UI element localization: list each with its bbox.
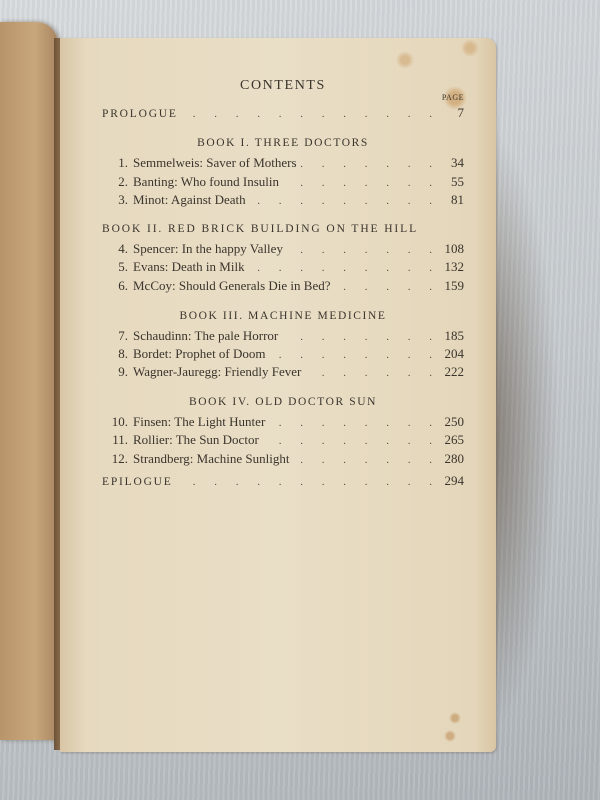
toc-row[interactable]: 8. Bordet: Prophet of Doom . . . . . . .… bbox=[102, 346, 464, 364]
toc-row[interactable]: 12. Strandberg: Machine Sunlight . . . .… bbox=[102, 451, 464, 469]
page-column-label: PAGE bbox=[442, 93, 464, 102]
dot-leader: . . . . . . . . . . . . . . . . . . . . … bbox=[249, 262, 440, 274]
dot-leader: . . . . . . . . . . . . . . . . . . . . … bbox=[335, 281, 441, 293]
page-number: 81 bbox=[444, 192, 464, 208]
entry-title: Bordet: Prophet of Doom bbox=[133, 346, 266, 362]
toc-row[interactable]: 9. Wagner-Jauregg: Friendly Fever . . . … bbox=[102, 364, 464, 382]
dot-leader: . . . . . . . . . . . . . . . . . . . . … bbox=[182, 108, 440, 120]
toc-row[interactable]: 5. Evans: Death in Milk . . . . . . . . … bbox=[102, 259, 464, 277]
page-number: 294 bbox=[444, 473, 464, 489]
entry-title: McCoy: Should Generals Die in Bed? bbox=[133, 278, 331, 294]
book-heading: BOOK II. RED BRICK BUILDING ON THE HILL bbox=[102, 223, 464, 235]
chapter-number: 2. bbox=[102, 174, 133, 190]
toc-row[interactable]: 2. Banting: Who found Insulin . . . . . … bbox=[102, 174, 464, 192]
page-number: 132 bbox=[444, 259, 464, 275]
toc-row[interactable]: 4. Spencer: In the happy Valley . . . . … bbox=[102, 241, 464, 259]
page-number: 204 bbox=[444, 346, 464, 362]
toc-row[interactable]: 6. McCoy: Should Generals Die in Bed? . … bbox=[102, 278, 464, 296]
chapter-number: 4. bbox=[102, 241, 133, 257]
dot-leader: . . . . . . . . . . . . . . . . . . . . … bbox=[250, 195, 440, 207]
page-number: 265 bbox=[444, 432, 464, 448]
entry-title: Banting: Who found Insulin bbox=[133, 174, 279, 190]
page-number: 159 bbox=[444, 278, 464, 294]
book-heading: BOOK IV. OLD DOCTOR SUN bbox=[102, 396, 464, 408]
dot-leader: . . . . . . . . . . . . . . . . . . . . … bbox=[301, 158, 440, 170]
toc-row-epilogue[interactable]: EPILOGUE . . . . . . . . . . . . . . . .… bbox=[102, 473, 464, 491]
dot-leader: . . . . . . . . . . . . . . . . . . . . … bbox=[283, 177, 440, 189]
dot-leader: . . . . . . . . . . . . . . . . . . . . … bbox=[177, 476, 440, 488]
entry-title: Schaudinn: The pale Horror bbox=[133, 328, 278, 344]
entry-title: Rollier: The Sun Doctor bbox=[133, 432, 259, 448]
book-heading: BOOK III. MACHINE MEDICINE bbox=[102, 310, 464, 322]
chapter-number: 11. bbox=[102, 432, 133, 448]
dot-leader: . . . . . . . . . . . . . . . . . . . . … bbox=[270, 349, 440, 361]
toc-row[interactable]: 10. Finsen: The Light Hunter . . . . . .… bbox=[102, 414, 464, 432]
left-page-edge bbox=[0, 22, 58, 740]
entry-title: EPILOGUE bbox=[102, 476, 173, 488]
dot-leader: . . . . . . . . . . . . . . . . . . . . … bbox=[263, 435, 440, 447]
toc-row[interactable]: 1. Semmelweis: Saver of Mothers . . . . … bbox=[102, 155, 464, 173]
dot-leader: . . . . . . . . . . . . . . . . . . . . … bbox=[305, 367, 440, 379]
dot-leader: . . . . . . . . . . . . . . . . . . . . … bbox=[287, 244, 440, 256]
chapter-number: 1. bbox=[102, 155, 133, 171]
entry-title: Strandberg: Machine Sunlight bbox=[133, 451, 289, 467]
dot-leader: . . . . . . . . . . . . . . . . . . . . … bbox=[282, 331, 440, 343]
dot-leader: . . . . . . . . . . . . . . . . . . . . … bbox=[269, 417, 440, 429]
page-title: CONTENTS bbox=[102, 78, 464, 94]
page-number: 250 bbox=[444, 414, 464, 430]
page-number: 280 bbox=[444, 451, 464, 467]
entry-title: Evans: Death in Milk bbox=[133, 259, 245, 275]
chapter-number: 6. bbox=[102, 278, 133, 294]
chapter-number: 7. bbox=[102, 328, 133, 344]
page-number: 185 bbox=[444, 328, 464, 344]
entry-title: Wagner-Jauregg: Friendly Fever bbox=[133, 364, 301, 380]
toc-row[interactable]: 11. Rollier: The Sun Doctor . . . . . . … bbox=[102, 432, 464, 450]
entry-title: Semmelweis: Saver of Mothers bbox=[133, 155, 297, 171]
chapter-number: 3. bbox=[102, 192, 133, 208]
chapter-number: 10. bbox=[102, 414, 133, 430]
chapter-number: 9. bbox=[102, 364, 133, 380]
page-number: 7 bbox=[444, 105, 464, 121]
page-number: 55 bbox=[444, 174, 464, 190]
chapter-number: 8. bbox=[102, 346, 133, 362]
toc-row-prologue[interactable]: PROLOGUE . . . . . . . . . . . . . . . .… bbox=[102, 105, 464, 123]
page-number: 222 bbox=[444, 364, 464, 380]
toc-row[interactable]: 3. Minot: Against Death . . . . . . . . … bbox=[102, 192, 464, 210]
toc-row[interactable]: 7. Schaudinn: The pale Horror . . . . . … bbox=[102, 328, 464, 346]
contents-page: CONTENTS PAGE PROLOGUE . . . . . . . . .… bbox=[60, 38, 496, 752]
entry-title: PROLOGUE bbox=[102, 108, 178, 120]
page-number: 108 bbox=[444, 241, 464, 257]
chapter-number: 12. bbox=[102, 451, 133, 467]
dot-leader: . . . . . . . . . . . . . . . . . . . . … bbox=[293, 454, 440, 466]
entry-title: Finsen: The Light Hunter bbox=[133, 414, 265, 430]
entry-title: Minot: Against Death bbox=[133, 192, 246, 208]
book-heading: BOOK I. THREE DOCTORS bbox=[102, 137, 464, 149]
chapter-number: 5. bbox=[102, 259, 133, 275]
page-number: 34 bbox=[444, 155, 464, 171]
entry-title: Spencer: In the happy Valley bbox=[133, 241, 283, 257]
